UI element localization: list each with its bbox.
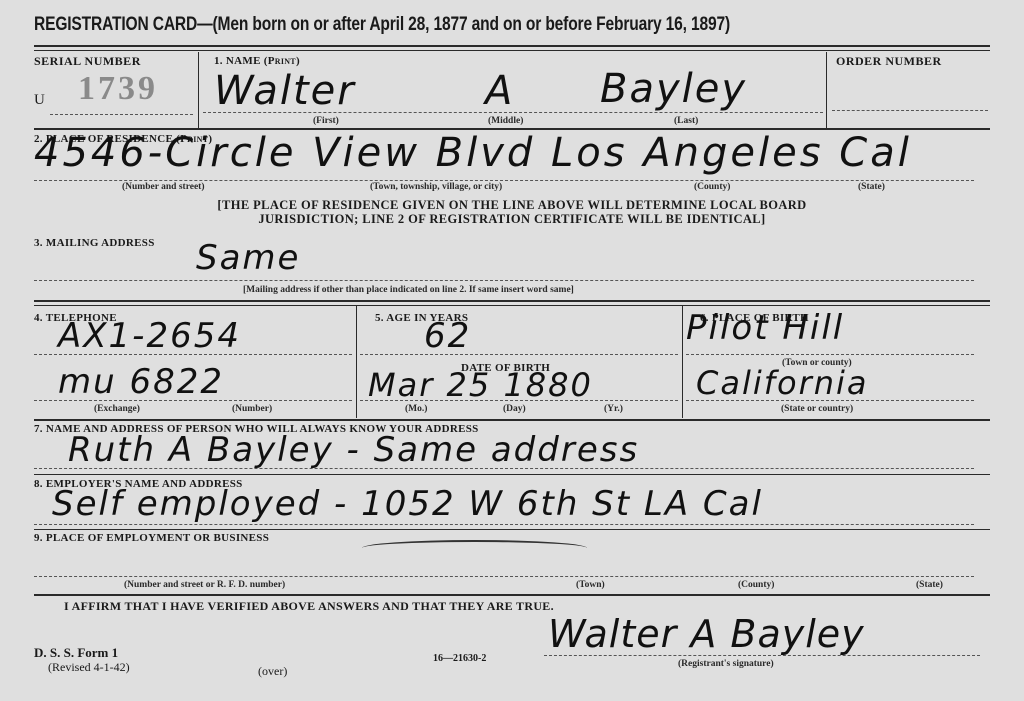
employment-street-caption: (Number and street or R. F. D. number) <box>124 580 285 590</box>
dob-rule <box>360 400 678 401</box>
over-note: (over) <box>258 664 287 679</box>
residence-value: 4546-Circle View Blvd Los Angeles Cal <box>34 130 912 176</box>
employment-place-label: 9. PLACE OF EMPLOYMENT OR BUSINESS <box>34 532 269 544</box>
form-number: D. S. S. Form 1 <box>34 645 118 661</box>
employer-value: Self employed - 1052 W 6th St LA Cal <box>52 484 763 524</box>
order-line <box>832 110 988 111</box>
dob-month-caption: (Mo.) <box>405 404 427 414</box>
residence-town-caption: (Town, township, village, or city) <box>370 182 502 192</box>
residence-county-caption: (County) <box>694 182 730 192</box>
telephone-line1: AX1-2654 <box>58 316 241 356</box>
mailing-address-value: Same <box>196 238 300 278</box>
exchange-caption: (Exchange) <box>94 404 140 414</box>
contact-rule <box>34 468 974 469</box>
first-name-value: Walter <box>214 68 356 114</box>
age-rule <box>360 354 678 355</box>
dob-value: Mar 25 1880 <box>368 366 593 404</box>
middle-name-value: A <box>485 68 514 114</box>
card-title: REGISTRATION CARD—(Men born on or after … <box>34 14 730 36</box>
row4-rule <box>34 419 990 421</box>
order-number-label: ORDER NUMBER <box>836 54 942 69</box>
birthplace-state-rule <box>686 400 974 401</box>
row7-rule <box>34 474 990 475</box>
dob-day-caption: (Day) <box>503 404 526 414</box>
employment-place-dash <box>362 540 587 556</box>
birthplace-town: Pilot Hill <box>686 308 844 348</box>
row3-rule <box>34 300 990 302</box>
order-divider <box>826 52 827 128</box>
employer-rule <box>34 524 974 525</box>
employment-rule <box>34 576 974 577</box>
number-caption: (Number) <box>232 404 272 414</box>
middle-caption: (Middle) <box>488 116 523 126</box>
top-rule-inner <box>34 50 990 51</box>
residence-line <box>34 180 974 181</box>
residence-notice-line1: [THE PLACE OF RESIDENCE GIVEN ON THE LIN… <box>0 198 1024 212</box>
row9-rule <box>34 594 990 596</box>
last-caption: (Last) <box>674 116 698 126</box>
form-revised: (Revised 4-1-42) <box>48 660 130 675</box>
residence-notice-line2: JURISDICTION; LINE 2 OF REGISTRATION CER… <box>0 212 1024 226</box>
registrant-signature: Walter A Bayley <box>548 612 865 656</box>
serial-divider <box>198 52 199 128</box>
birthplace-town-rule <box>686 354 974 355</box>
row3-rule-inner <box>34 305 990 306</box>
tel-divider <box>356 305 357 418</box>
signature-line <box>544 655 980 656</box>
residence-state-caption: (State) <box>858 182 885 192</box>
top-rule <box>34 45 990 47</box>
residence-street-caption: (Number and street) <box>122 182 205 192</box>
affirmation-text: I AFFIRM THAT I HAVE VERIFIED ABOVE ANSW… <box>64 599 554 614</box>
last-name-value: Bayley <box>600 66 747 112</box>
contact-person-value: Ruth A Bayley - Same address <box>68 430 639 470</box>
serial-prefix: U <box>34 92 45 109</box>
print-code: 16—21630-2 <box>433 653 486 664</box>
birthplace-state-caption: (State or country) <box>781 404 853 414</box>
serial-number-label: SERIAL NUMBER <box>34 54 141 69</box>
name-line <box>203 112 823 113</box>
telephone-line2-rule <box>34 400 352 401</box>
row8-rule <box>34 529 990 530</box>
telephone-line2: mu 6822 <box>58 362 224 402</box>
mailing-address-label: 3. MAILING ADDRESS <box>34 237 155 249</box>
signature-caption: (Registrant's signature) <box>678 659 774 669</box>
age-divider <box>682 305 683 418</box>
first-caption: (First) <box>313 116 339 126</box>
birthplace-state: California <box>696 364 869 402</box>
serial-line <box>50 114 193 115</box>
name-label: 1. NAME (Print) <box>214 55 300 67</box>
serial-number-value: 1739 <box>78 70 158 108</box>
mailing-caption: [Mailing address if other than place ind… <box>243 285 574 295</box>
dob-year-caption: (Yr.) <box>604 404 623 414</box>
employment-county-caption: (County) <box>738 580 774 590</box>
telephone-line1-rule <box>34 354 352 355</box>
mailing-line <box>34 280 974 281</box>
age-value: 62 <box>424 316 471 356</box>
employment-town-caption: (Town) <box>576 580 605 590</box>
employment-state-caption: (State) <box>916 580 943 590</box>
